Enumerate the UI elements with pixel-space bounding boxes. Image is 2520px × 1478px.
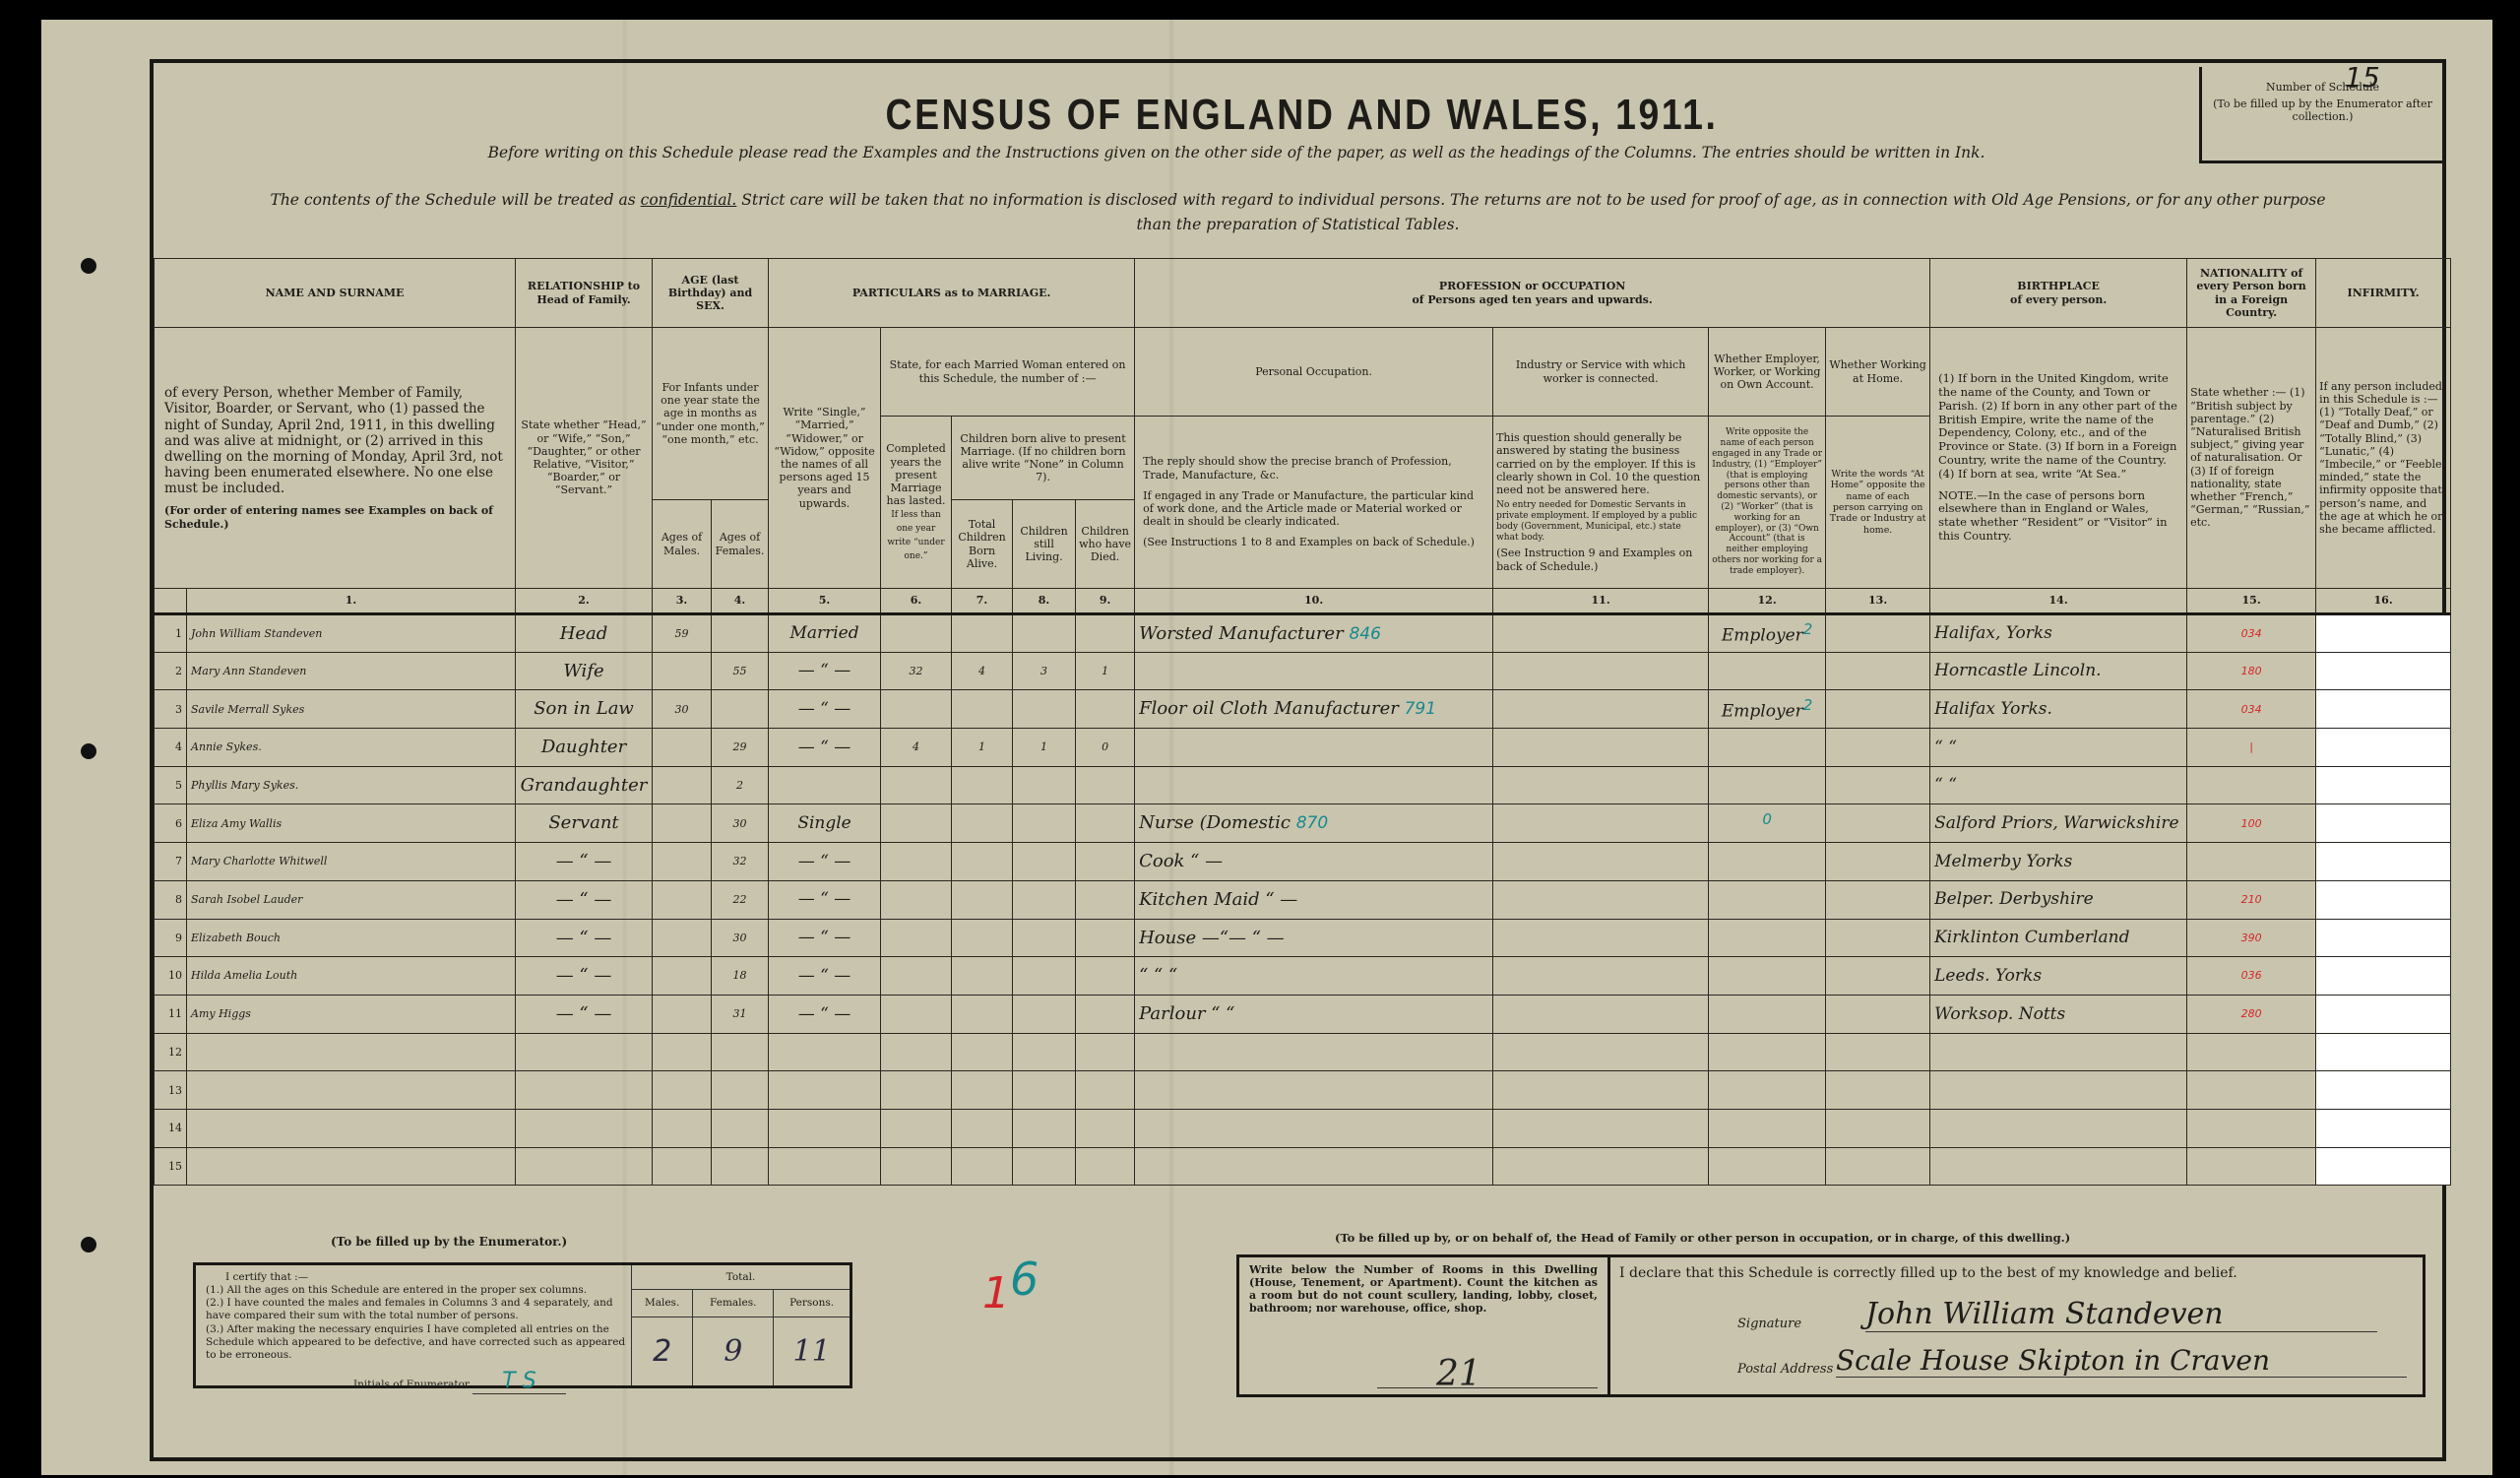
birthplace-code-cell: [2187, 1147, 2316, 1186]
occupation-text: “ “ “: [1139, 965, 1177, 986]
female-age-cell: [712, 1033, 769, 1071]
home-cell: [1826, 804, 1930, 843]
census-form: CENSUS OF ENGLAND AND WALES, 1911. Befor…: [150, 59, 2446, 1461]
employer-heading: Whether Employer, Worker, or Working on …: [1709, 328, 1826, 417]
employer-text: Employer: [1722, 626, 1803, 646]
infirmity-cell: [2316, 995, 2451, 1033]
rooms-line: [1377, 1387, 1598, 1388]
occupation-text: Floor oil Cloth Manufacturer: [1139, 698, 1399, 719]
persons-label: Persons.: [774, 1289, 850, 1317]
birthplace-code-cell: [2187, 1071, 2316, 1110]
name-cell: Amy Higgs: [187, 995, 516, 1033]
industry-cell: [1493, 1147, 1709, 1186]
name-cell: Elizabeth Bouch: [187, 919, 516, 957]
employer-text: Employer: [1722, 702, 1803, 722]
children-died-cell: [1076, 919, 1135, 957]
relationship-cell: — “ —: [516, 880, 653, 919]
total-females: 9: [693, 1317, 774, 1385]
total-males: 2: [632, 1317, 693, 1385]
infirmity-cell: [2316, 804, 2451, 843]
employer-instructions: Write opposite the name of each person e…: [1709, 417, 1826, 589]
name-cell: Hilda Amelia Louth: [187, 957, 516, 996]
table-row: 7 Mary Charlotte Whitwell — “ — 32 — “ —…: [155, 843, 2451, 881]
birthplace-code-cell: [2187, 843, 2316, 881]
female-age-cell: 31: [712, 995, 769, 1033]
row-number: 11: [155, 995, 187, 1033]
relationship-cell: [516, 1147, 653, 1186]
occupation-cell: Floor oil Cloth Manufacturer 791: [1135, 690, 1493, 729]
years-married-note: If less than one year write “under one.”: [887, 510, 944, 560]
header-marriage: PARTICULARS as to MARRIAGE.: [769, 259, 1135, 328]
occupation-cell: [1135, 1147, 1493, 1186]
relationship-cell: — “ —: [516, 957, 653, 996]
male-age-cell: 30: [653, 690, 712, 729]
table-row: 2 Mary Ann Standeven Wife 55 — “ — 32 4 …: [155, 652, 2451, 690]
occupation-cell: Parlour “ “: [1135, 995, 1493, 1033]
marriage-cell: [769, 1109, 881, 1147]
rooms-text: Write below the Number of Rooms in this …: [1249, 1263, 1598, 1315]
years-married-cell: [881, 766, 952, 804]
total-persons: 11: [774, 1317, 850, 1385]
birthplace-cell: Halifax, Yorks: [1930, 614, 2187, 653]
totals-table: Total. Males.Females.Persons. 2911: [631, 1265, 850, 1385]
name-instructions: of every Person, whether Member of Famil…: [155, 328, 516, 589]
children-died-cell: [1076, 766, 1135, 804]
males-heading: Ages of Males.: [653, 500, 712, 589]
schedule-number-box: Number of Schedule 15 (To be filled up b…: [2199, 67, 2443, 163]
years-married-title: Completed years the present Marriage has…: [886, 442, 946, 507]
children-died-cell: 0: [1076, 729, 1135, 767]
industry-cell: [1493, 729, 1709, 767]
infirmity-cell: [2316, 614, 2451, 653]
birthplace-code-cell: 034: [2187, 614, 2316, 653]
header-name: NAME AND SURNAME: [155, 259, 516, 328]
years-married-cell: [881, 1033, 952, 1071]
header-infirmity: INFIRMITY.: [2316, 259, 2451, 328]
female-age-cell: 2: [712, 766, 769, 804]
female-age-cell: [712, 614, 769, 653]
female-age-cell: 18: [712, 957, 769, 996]
schedule-number-value: 15: [2345, 61, 2380, 94]
personal-occupation-body: The reply should show the precise branch…: [1143, 455, 1484, 481]
female-age-cell: 30: [712, 919, 769, 957]
industry-heading: Industry or Service with which worker is…: [1493, 328, 1709, 417]
industry-cell: [1493, 804, 1709, 843]
birthplace-cell: [1930, 1109, 2187, 1147]
female-age-cell: [712, 1147, 769, 1186]
children-living-cell: [1013, 804, 1076, 843]
row-number: 14: [155, 1109, 187, 1147]
infirmity-cell: [2316, 652, 2451, 690]
table-row: 14: [155, 1109, 2451, 1147]
children-born-cell: [952, 843, 1013, 881]
industry-cell: [1493, 919, 1709, 957]
female-age-cell: 22: [712, 880, 769, 919]
industry-cell: [1493, 957, 1709, 996]
children-died-cell: [1076, 957, 1135, 996]
children-born-cell: [952, 804, 1013, 843]
certify-text: I certify that :— (1.) All the ages on t…: [206, 1271, 629, 1394]
total-born-heading: Total Children Born Alive.: [952, 500, 1013, 589]
colnum: 1.: [187, 589, 516, 614]
census-table: NAME AND SURNAME RELATIONSHIP to Head of…: [154, 258, 2451, 1186]
relationship-cell: Wife: [516, 652, 653, 690]
children-living-cell: [1013, 690, 1076, 729]
children-born-cell: [952, 995, 1013, 1033]
industry-cell: [1493, 1033, 1709, 1071]
rooms-box: Write below the Number of Rooms in this …: [1236, 1254, 1610, 1397]
birthplace-code-cell: 280: [2187, 995, 2316, 1033]
declaration-box: I declare that this Schedule is correctl…: [1608, 1254, 2425, 1397]
marriage-cell: [769, 766, 881, 804]
employer-cell: [1709, 1071, 1826, 1110]
signature-value: John William Standeven: [1865, 1297, 2377, 1332]
personal-occupation-body2: If engaged in any Trade or Manufacture, …: [1143, 489, 1484, 529]
employer-code: 0: [1762, 810, 1772, 828]
colnum: 2.: [516, 589, 653, 614]
employer-cell: [1709, 1147, 1826, 1186]
name-cell: Phyllis Mary Sykes.: [187, 766, 516, 804]
years-married-cell: [881, 919, 952, 957]
children-born-cell: [952, 919, 1013, 957]
total-label: Total.: [632, 1265, 850, 1289]
birthplace-cell: [1930, 1071, 2187, 1110]
birthplace-cell: Leeds. Yorks: [1930, 957, 2187, 996]
birthplace-code-cell: [2187, 1033, 2316, 1071]
years-married-cell: 4: [881, 729, 952, 767]
table-row: 5 Phyllis Mary Sykes. Grandaughter 2 “ “: [155, 766, 2451, 804]
employer-cell: [1709, 652, 1826, 690]
colnum: 13.: [1826, 589, 1930, 614]
relationship-cell: Son in Law: [516, 690, 653, 729]
children-born-cell: [952, 1109, 1013, 1147]
male-age-cell: [653, 957, 712, 996]
children-died-cell: [1076, 690, 1135, 729]
years-married-cell: [881, 804, 952, 843]
relationship-cell: [516, 1071, 653, 1110]
colnum-blank: [155, 589, 187, 614]
children-born-cell: 4: [952, 652, 1013, 690]
years-married-cell: [881, 957, 952, 996]
employer-cell: [1709, 919, 1826, 957]
occupation-code: 791: [1405, 699, 1436, 719]
children-born-cell: [952, 614, 1013, 653]
colnum: 14.: [1930, 589, 2187, 614]
industry-cell: [1493, 880, 1709, 919]
years-married-cell: [881, 880, 952, 919]
row-number: 9: [155, 919, 187, 957]
marriage-cell: — “ —: [769, 729, 881, 767]
margin-mark-teal: 6: [1010, 1253, 1039, 1306]
children-died-cell: [1076, 995, 1135, 1033]
male-age-cell: [653, 843, 712, 881]
employer-cell: [1709, 957, 1826, 996]
relationship-instructions: State whether “Head,” or “Wife,” “Son,” …: [516, 328, 653, 589]
female-age-cell: 32: [712, 843, 769, 881]
relationship-cell: — “ —: [516, 995, 653, 1033]
children-living-cell: [1013, 843, 1076, 881]
marriage-cell: — “ —: [769, 652, 881, 690]
occupation-cell: Kitchen Maid “ —: [1135, 880, 1493, 919]
colnum: 6.: [881, 589, 952, 614]
male-age-cell: [653, 1033, 712, 1071]
children-born-cell: [952, 766, 1013, 804]
home-cell: [1826, 1147, 1930, 1186]
colnum: 10.: [1135, 589, 1493, 614]
initials-value: T S: [472, 1369, 565, 1394]
name-cell: [187, 1109, 516, 1147]
infirmity-cell: [2316, 729, 2451, 767]
years-married-cell: [881, 1109, 952, 1147]
birthplace-code-cell: 180: [2187, 652, 2316, 690]
children-died-cell: [1076, 614, 1135, 653]
birthplace-code-cell: 390: [2187, 919, 2316, 957]
home-cell: [1826, 766, 1930, 804]
years-married-cell: [881, 843, 952, 881]
industry-cell: [1493, 690, 1709, 729]
confidential-line: The contents of the Schedule will be tre…: [154, 191, 2442, 209]
birthplace-cell: Halifax Yorks.: [1930, 690, 2187, 729]
enumerator-certificate-box: I certify that :— (1.) All the ages on t…: [193, 1262, 852, 1388]
marriage-cell: — “ —: [769, 919, 881, 957]
occupation-cell: [1135, 766, 1493, 804]
relationship-cell: Servant: [516, 804, 653, 843]
children-born-cell: [952, 1071, 1013, 1110]
birthplace-note: NOTE.—In the case of persons born elsewh…: [1938, 489, 2178, 544]
infirmity-instructions: If any person included in this Schedule …: [2316, 328, 2451, 589]
header-relationship: RELATIONSHIP to Head of Family.: [516, 259, 653, 328]
children-born-cell: [952, 1033, 1013, 1071]
address-value: Scale House Skipton in Craven: [1836, 1344, 2407, 1378]
years-married-cell: [881, 614, 952, 653]
male-age-cell: [653, 652, 712, 690]
children-living-cell: [1013, 766, 1076, 804]
row-number: 10: [155, 957, 187, 996]
male-age-cell: [653, 766, 712, 804]
occupation-text: Kitchen Maid “ —: [1139, 889, 1297, 910]
children-died-cell: [1076, 843, 1135, 881]
occupation-cell: Cook “ —: [1135, 843, 1493, 881]
occupation-cell: Worsted Manufacturer 846: [1135, 614, 1493, 653]
relationship-cell: [516, 1109, 653, 1147]
children-living-cell: [1013, 1033, 1076, 1071]
children-died-cell: [1076, 880, 1135, 919]
table-row: 4 Annie Sykes. Daughter 29 — “ — 4 1 1 0…: [155, 729, 2451, 767]
male-age-cell: 59: [653, 614, 712, 653]
employer-cell: [1709, 995, 1826, 1033]
column-numbers-row: 1. 2. 3. 4. 5. 6. 7. 8. 9. 10. 11. 12. 1…: [155, 589, 2451, 614]
children-died-cell: 1: [1076, 652, 1135, 690]
name-cell: John William Standeven: [187, 614, 516, 653]
occupation-text: House —“— “ —: [1139, 928, 1285, 948]
name-instructions-body: of every Person, whether Member of Famil…: [164, 385, 505, 496]
marriage-cell: [769, 1071, 881, 1110]
birthplace-instructions: (1) If born in the United Kingdom, write…: [1930, 328, 2187, 589]
years-married-cell: [881, 995, 952, 1033]
row-number: 3: [155, 690, 187, 729]
page-title: CENSUS OF ENGLAND AND WALES, 1911.: [326, 91, 2278, 140]
marriage-cell: [769, 1147, 881, 1186]
years-married-cell: [881, 690, 952, 729]
certify-item-2: (2.) I have counted the males and female…: [206, 1297, 629, 1322]
birthplace-cell: “ “: [1930, 766, 2187, 804]
colnum: 3.: [653, 589, 712, 614]
home-cell: [1826, 614, 1930, 653]
occupation-cell: [1135, 729, 1493, 767]
table-row: 11 Amy Higgs — “ — 31 — “ — Parlour “ “ …: [155, 995, 2451, 1033]
marriage-cell: Married: [769, 614, 881, 653]
home-cell: [1826, 919, 1930, 957]
industry-cell: [1493, 766, 1709, 804]
occupation-title: PROFESSION or OCCUPATION: [1439, 280, 1625, 292]
employer-code: 2: [1803, 696, 1813, 714]
name-cell: Mary Charlotte Whitwell: [187, 843, 516, 881]
home-cell: [1826, 1071, 1930, 1110]
employer-cell: Employer2: [1709, 690, 1826, 729]
home-cell: [1826, 957, 1930, 996]
industry-cell: [1493, 652, 1709, 690]
home-cell: [1826, 690, 1930, 729]
occupation-cell: House —“— “ —: [1135, 919, 1493, 957]
male-age-cell: [653, 919, 712, 957]
initials-line: Initials of Enumerator T S: [206, 1368, 629, 1395]
name-cell: [187, 1071, 516, 1110]
address-label: Postal Address: [1737, 1362, 1833, 1377]
name-cell: Annie Sykes.: [187, 729, 516, 767]
relationship-cell: Head: [516, 614, 653, 653]
home-cell: [1826, 880, 1930, 919]
row-number: 12: [155, 1033, 187, 1071]
children-living-cell: [1013, 1109, 1076, 1147]
birthplace-cell: Worksop. Notts: [1930, 995, 2187, 1033]
birthplace-subtitle: of every person.: [2010, 293, 2107, 306]
children-died-cell: [1076, 804, 1135, 843]
row-number: 6: [155, 804, 187, 843]
industry-instructions: This question should generally be answer…: [1493, 417, 1709, 589]
home-cell: [1826, 1033, 1930, 1071]
birthplace-code-cell: |: [2187, 729, 2316, 767]
punch-hole: [81, 1237, 96, 1253]
row-number: 4: [155, 729, 187, 767]
children-died-cell: [1076, 1071, 1135, 1110]
name-cell: [187, 1147, 516, 1186]
relationship-cell: Daughter: [516, 729, 653, 767]
children-born-cell: [952, 880, 1013, 919]
children-born-cell: 1: [952, 729, 1013, 767]
birthplace-code-cell: [2187, 766, 2316, 804]
colnum: 15.: [2187, 589, 2316, 614]
children-died-cell: [1076, 1033, 1135, 1071]
employer-cell: [1709, 843, 1826, 881]
industry-cell: [1493, 614, 1709, 653]
name-cell: Sarah Isobel Lauder: [187, 880, 516, 919]
infirmity-cell: [2316, 919, 2451, 957]
table-row: 9 Elizabeth Bouch — “ — 30 — “ — House —…: [155, 919, 2451, 957]
table-row: 3 Savile Merrall Sykes Son in Law 30 — “…: [155, 690, 2451, 729]
employer-cell: Employer2: [1709, 614, 1826, 653]
infirmity-cell: [2316, 1109, 2451, 1147]
row-number: 8: [155, 880, 187, 919]
birthplace-cell: “ “: [1930, 729, 2187, 767]
industry-cell: [1493, 1109, 1709, 1147]
occupation-text: Worsted Manufacturer: [1139, 623, 1344, 644]
row-number: 1: [155, 614, 187, 653]
children-living-cell: [1013, 1071, 1076, 1110]
occupation-cell: [1135, 1071, 1493, 1110]
birthplace-code-cell: 210: [2187, 880, 2316, 919]
infirmity-cell: [2316, 957, 2451, 996]
children-living-cell: [1013, 614, 1076, 653]
males-label: Males.: [632, 1289, 693, 1317]
birthplace-cell: Horncastle Lincoln.: [1930, 652, 2187, 690]
row-number: 15: [155, 1147, 187, 1186]
margin-mark-red: 1: [982, 1268, 1010, 1318]
industry-note: (See Instruction 9 and Examples on back …: [1496, 546, 1705, 572]
infirmity-cell: [2316, 1147, 2451, 1186]
occupation-text: Parlour “ “: [1139, 1003, 1234, 1024]
home-cell: [1826, 995, 1930, 1033]
occupation-cell: [1135, 1033, 1493, 1071]
female-age-cell: 30: [712, 804, 769, 843]
female-age-cell: 55: [712, 652, 769, 690]
marriage-cell: [769, 1033, 881, 1071]
females-heading: Ages of Females.: [712, 500, 769, 589]
table-row: 13: [155, 1071, 2451, 1110]
home-cell: [1826, 1109, 1930, 1147]
colnum: 5.: [769, 589, 881, 614]
name-cell: Savile Merrall Sykes: [187, 690, 516, 729]
children-living-cell: [1013, 995, 1076, 1033]
header-age: AGE (last Birthday) and SEX.: [653, 259, 769, 328]
occupation-cell: [1135, 652, 1493, 690]
employer-cell: [1709, 880, 1826, 919]
male-age-cell: [653, 1147, 712, 1186]
employer-cell: [1709, 1109, 1826, 1147]
row-number: 5: [155, 766, 187, 804]
name-cell: [187, 1033, 516, 1071]
marriage-cell: — “ —: [769, 995, 881, 1033]
table-row: 6 Eliza Amy Wallis Servant 30 Single Nur…: [155, 804, 2451, 843]
years-married-cell: [881, 1071, 952, 1110]
infirmity-cell: [2316, 843, 2451, 881]
instruction-line: Before writing on this Schedule please r…: [154, 144, 2319, 161]
birthplace-title: BIRTHPLACE: [2017, 280, 2100, 292]
home-cell: [1826, 652, 1930, 690]
male-age-cell: [653, 995, 712, 1033]
certify-item-1: (1.) All the ages on this Schedule are e…: [206, 1284, 629, 1297]
industry-body: This question should generally be answer…: [1496, 431, 1705, 496]
name-instructions-note: (For order of entering names see Example…: [164, 504, 505, 530]
signature-label: Signature: [1737, 1317, 1801, 1331]
head-heading: (To be filled up by, or on behalf of, th…: [1335, 1231, 2070, 1245]
occupation-cell: [1135, 1109, 1493, 1147]
relationship-cell: — “ —: [516, 919, 653, 957]
initials-label: Initials of Enumerator: [353, 1379, 470, 1390]
years-married-heading: Completed years the present Marriage has…: [881, 417, 952, 589]
birthplace-body: (1) If born in the United Kingdom, write…: [1938, 372, 2178, 481]
personal-occupation-heading: Personal Occupation.: [1135, 328, 1493, 417]
header-nationality: NATIONALITY of every Person born in a Fo…: [2187, 259, 2316, 328]
colnum: 7.: [952, 589, 1013, 614]
birthplace-cell: Kirklinton Cumberland: [1930, 919, 2187, 957]
female-age-cell: [712, 1071, 769, 1110]
birthplace-cell: Salford Priors, Warwickshire: [1930, 804, 2187, 843]
colnum: 4.: [712, 589, 769, 614]
industry-cell: [1493, 1071, 1709, 1110]
infirmity-cell: [2316, 766, 2451, 804]
marriage-cell: — “ —: [769, 880, 881, 919]
children-born-cell: [952, 957, 1013, 996]
